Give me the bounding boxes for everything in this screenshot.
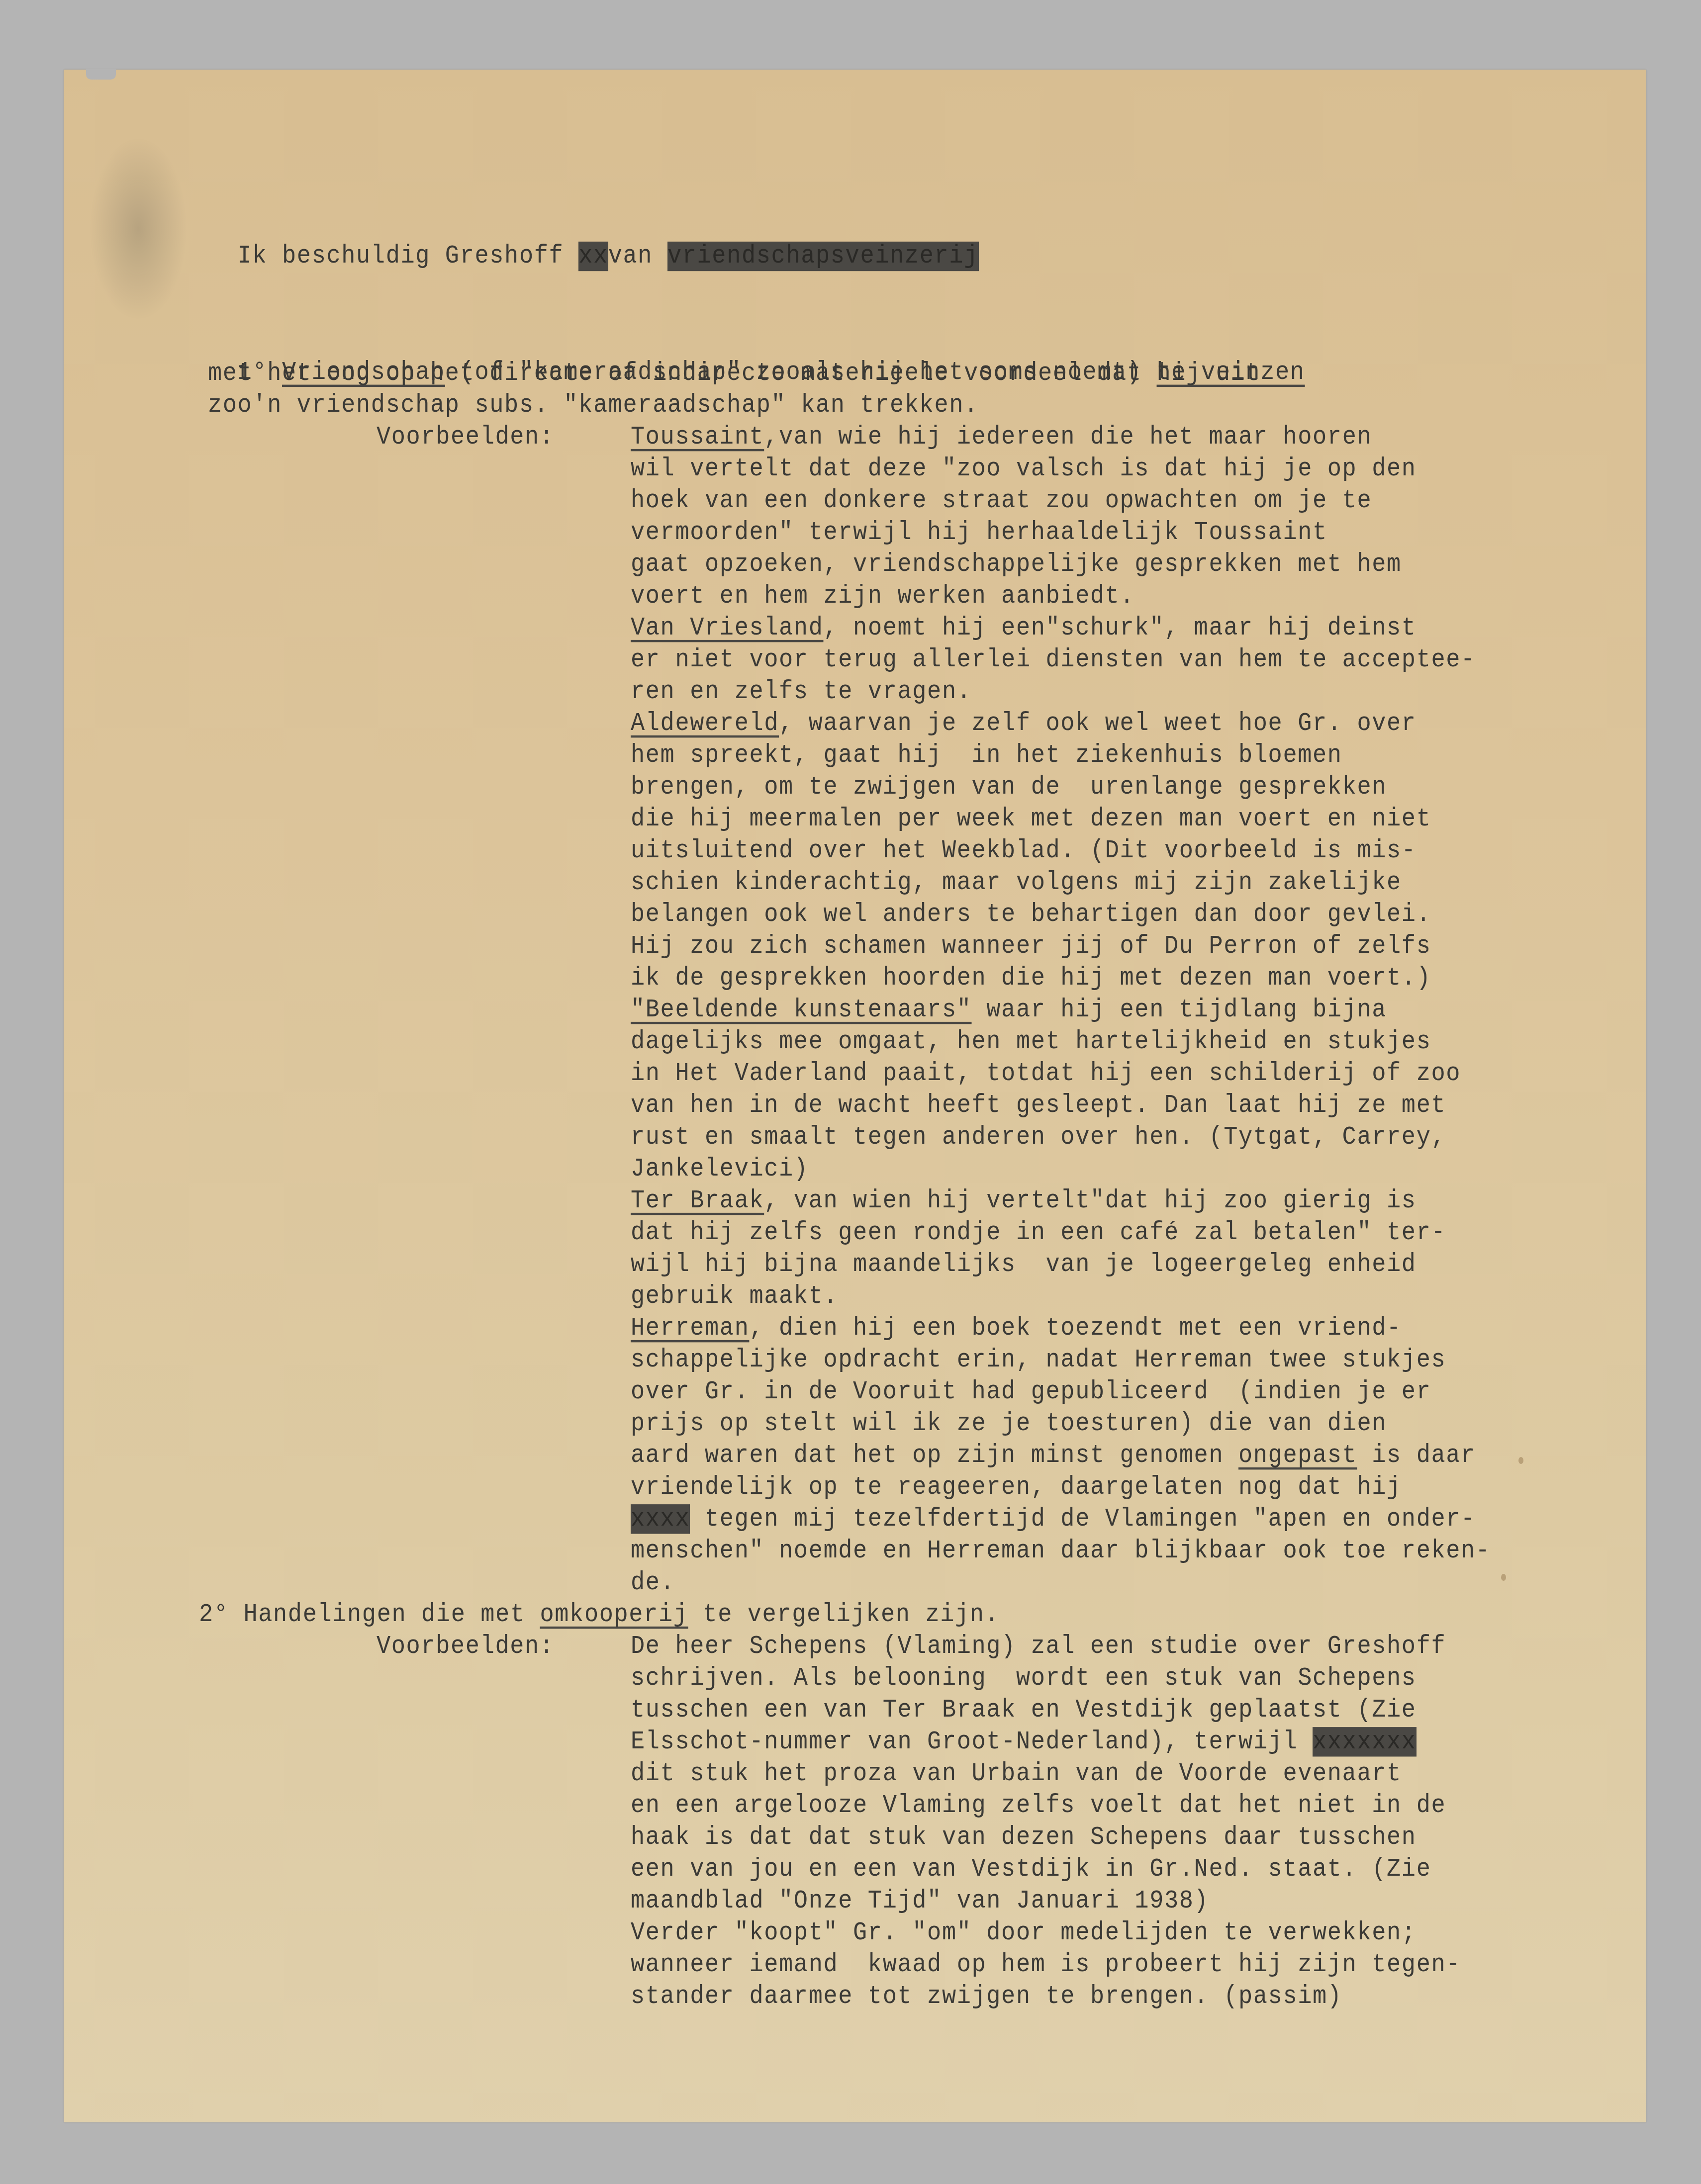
text-line: gaat opzoeken, vriendschappelijke gespre…: [631, 549, 1402, 580]
example-name: Herreman: [631, 1313, 749, 1343]
example-toussaint: Toussaint,van wie hij iedereen die het m…: [631, 422, 1372, 453]
text-line: in Het Vaderland paait, totdat hij een s…: [631, 1058, 1461, 1090]
text-line: dagelijks mee omgaat, hen met hartelijkh…: [631, 1026, 1431, 1058]
text-line: De heer Schepens (Vlaming) zal een studi…: [631, 1631, 1446, 1662]
example-name: Van Vriesland: [631, 613, 823, 642]
text-line: belangen ook wel anders te behartigen da…: [631, 899, 1431, 930]
text-line: maandblad "Onze Tijd" van Januari 1938): [631, 1886, 1209, 1917]
text-line: stander daarmee tot zwijgen te brengen. …: [631, 1981, 1342, 2012]
underlined-term: omkooperij: [540, 1600, 688, 1629]
text-line: dat hij zelfs geen rondje in een café za…: [631, 1217, 1446, 1249]
text-line: xxxx tegen mij tezelfdertijd de Vlaminge…: [631, 1504, 1476, 1535]
struck-text: xxxx: [631, 1504, 690, 1534]
example-name: Ter Braak: [631, 1186, 764, 1215]
text-line: haak is dat dat stuk van dezen Schepens …: [631, 1822, 1417, 1853]
text-line: uitsluitend over het Weekblad. (Dit voor…: [631, 835, 1417, 867]
text-line: de.: [631, 1567, 675, 1599]
text-line: die hij meermalen per week met dezen man…: [631, 804, 1431, 835]
struck-text: vriendschapsveinzerij: [667, 242, 979, 271]
text-line: ik de gesprekken hoorden die hij met dez…: [631, 963, 1431, 994]
examples-label: Voorbeelden:: [377, 1631, 555, 1662]
example-van-vriesland: Van Vriesland, noemt hij een"schurk", ma…: [631, 613, 1417, 644]
example-name: Aldewereld: [631, 709, 779, 738]
underlined-term: ongepast: [1238, 1441, 1357, 1470]
text-line: hem spreekt, gaat hij in het ziekenhuis …: [631, 740, 1342, 771]
text-line: Jankelevici): [631, 1154, 809, 1185]
text-line: brengen, om te zwijgen van de urenlange …: [631, 772, 1387, 803]
paper-stain: [1501, 1574, 1506, 1581]
text-line: en een argelooze Vlaming zelfs voelt dat…: [631, 1790, 1446, 1821]
example-herreman: Herreman, dien hij een boek toezendt met…: [631, 1313, 1402, 1344]
paper-stain: [1518, 1457, 1523, 1464]
paper-tear: [86, 69, 116, 80]
text-line: vermoorden" terwijl hij herhaaldelijk To…: [631, 517, 1327, 548]
example-beeldende-kunstenaars: "Beeldende kunstenaars" waar hij een tij…: [631, 995, 1387, 1026]
example-aldewereld: Aldewereld, waarvan je zelf ook wel weet…: [631, 708, 1417, 739]
text-line: er niet voor terug allerlei diensten van…: [631, 644, 1476, 676]
text-line: dit stuk het proza van Urbain van de Voo…: [631, 1758, 1402, 1790]
examples-label: Voorbeelden:: [377, 422, 555, 453]
text-line: vriendelijk op te reageeren, daargelaten…: [631, 1472, 1402, 1503]
text-line: Verder "koopt" Gr. "om" door medelijden …: [631, 1917, 1417, 1949]
text-line: een van jou en een van Vestdijk in Gr.Ne…: [631, 1854, 1431, 1885]
text-line: schien kinderachtig, maar volgens mij zi…: [631, 867, 1402, 899]
example-name: Toussaint: [631, 422, 764, 452]
text-line: hoek van een donkere straat zou opwachte…: [631, 485, 1372, 517]
section2-heading: 2° Handelingen die met omkooperij te ver…: [199, 1599, 999, 1631]
text-line: tusschen een van Ter Braak en Vestdijk g…: [631, 1695, 1417, 1726]
text-line: wil vertelt dat deze "zoo valsch is dat …: [631, 454, 1417, 485]
text-line: ren en zelfs te vragen.: [631, 676, 972, 708]
example-ter-braak: Ter Braak, van wien hij vertelt"dat hij …: [631, 1185, 1417, 1217]
text-line: prijs op stelt wil ik ze je toesturen) d…: [631, 1408, 1387, 1440]
struck-text: xxxxxxx: [1313, 1727, 1417, 1756]
text-line: van hen in de wacht heeft gesleept. Dan …: [631, 1090, 1446, 1121]
text-line: over Gr. in de Vooruit had gepubliceerd …: [631, 1376, 1431, 1408]
example-name: "Beeldende kunstenaars": [631, 995, 972, 1024]
text-line: Elsschot-nummer van Groot-Nederland), te…: [631, 1727, 1417, 1758]
text-line: wanneer iemand kwaad op hem is probeert …: [631, 1949, 1461, 1981]
document-heading: Ik beschuldig Greshoff xxvan vriendschap…: [208, 210, 979, 272]
section1-line-2: met het oog op het directe of indirecte …: [208, 358, 1260, 389]
text-line: gebruik maakt.: [631, 1281, 838, 1312]
text-line: schappelijke opdracht erin, nadat Herrem…: [631, 1345, 1446, 1376]
text-line: aard waren dat het op zijn minst genomen…: [631, 1440, 1476, 1471]
section1-line-3: zoo'n vriendschap subs. "kameraadschap" …: [208, 390, 979, 421]
text-line: menschen" noemde en Herreman daar blijkb…: [631, 1536, 1491, 1567]
section-number: 2°: [199, 1600, 229, 1629]
text-line: Hij zou zich schamen wanneer jij of Du P…: [631, 931, 1431, 962]
text-line: schrijven. Als belooning wordt een stuk …: [631, 1663, 1417, 1694]
text-line: voert en hem zijn werken aanbiedt.: [631, 581, 1134, 612]
text-line: wijl hij bijna maandelijks van je logeer…: [631, 1249, 1417, 1280]
text-line: rust en smaalt tegen anderen over hen. (…: [631, 1122, 1446, 1153]
struck-text: xx: [578, 242, 608, 271]
